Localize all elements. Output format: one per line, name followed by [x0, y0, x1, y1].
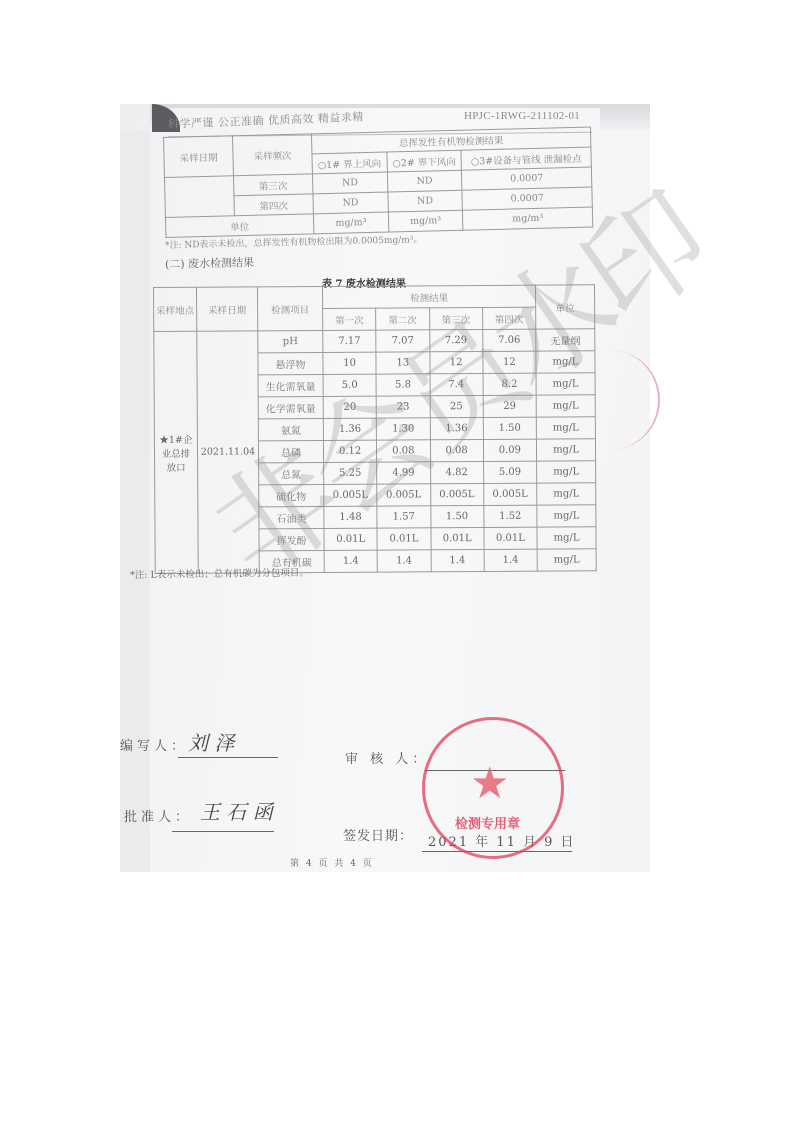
item-cell: 挥发酚 — [259, 528, 324, 550]
value-cell: ND — [312, 172, 387, 194]
value-cell: 1.48 — [324, 506, 377, 528]
col-site: 采样地点 — [154, 287, 197, 331]
value-cell: 1.4 — [377, 550, 430, 572]
unit-cell: mg/m³ — [463, 207, 593, 230]
value-cell: 12 — [483, 351, 536, 373]
col-round: 第四次 — [482, 307, 535, 329]
value-cell: 20 — [323, 396, 376, 418]
unit-cell: mg/L — [536, 373, 595, 395]
value-cell: 1.4 — [484, 549, 537, 571]
value-cell: 25 — [430, 395, 483, 417]
value-cell: 7.06 — [483, 329, 536, 351]
unit-cell: mg/L — [536, 351, 595, 373]
value-cell: ND — [388, 190, 463, 212]
item-cell: 总氮 — [259, 462, 324, 484]
col-round: 第二次 — [376, 308, 429, 330]
value-cell: 1.4 — [431, 549, 484, 571]
wastewater-note: *注: L表示未检出；总有机碳为分包项目。 — [130, 565, 309, 581]
value-cell: 0.08 — [377, 440, 430, 462]
value-cell: 0.005L — [430, 483, 483, 505]
value-cell: 5.09 — [483, 461, 536, 483]
col-date: 采样日期 — [197, 287, 258, 331]
item-cell: pH — [258, 330, 323, 352]
freq-cell: 第三次 — [233, 174, 312, 196]
table-row: ★1#企业总排放口2021.11.04pH7.177.077.297.06无量纲 — [154, 329, 595, 354]
value-cell: 7.07 — [376, 330, 429, 352]
item-cell: 生化需氧量 — [258, 374, 323, 396]
value-cell: 1.36 — [323, 418, 376, 440]
value-cell: 1.50 — [483, 417, 536, 439]
sampling-date-cell — [164, 176, 234, 218]
unit-cell: mg/L — [537, 461, 596, 483]
col-sampling-date: 采样日期 — [164, 136, 234, 178]
value-cell: 5.8 — [376, 374, 429, 396]
unit-cell: mg/L — [536, 439, 595, 461]
value-cell: 4.99 — [377, 462, 430, 484]
value-cell: 0.08 — [430, 439, 483, 461]
col-sampling-frequency: 采样频次 — [232, 134, 312, 176]
value-cell: ND — [313, 192, 388, 214]
value-cell: 29 — [483, 395, 536, 417]
value-cell: 1.36 — [430, 417, 483, 439]
item-cell: 氨氮 — [258, 418, 323, 440]
voc-subheader: ○2# 界下风向 — [387, 150, 462, 172]
voc-subheader: ○1# 界上风向 — [312, 152, 387, 174]
unit-cell: mg/L — [537, 549, 596, 571]
value-cell: 23 — [376, 396, 429, 418]
value-cell: 0.005L — [377, 484, 430, 506]
unit-cell: mg/L — [536, 417, 595, 439]
value-cell: 13 — [376, 352, 429, 374]
col-round: 第一次 — [323, 308, 376, 330]
value-cell: 0.01L — [430, 527, 483, 549]
col-item: 检测项目 — [258, 286, 323, 330]
value-cell: 12 — [429, 351, 482, 373]
value-cell: 7.29 — [429, 329, 482, 351]
value-cell: 1.30 — [377, 418, 430, 440]
item-cell: 硫化物 — [259, 484, 324, 506]
value-cell: ND — [387, 170, 462, 192]
value-cell: 0.005L — [483, 483, 536, 505]
col-results: 检测结果 — [322, 285, 535, 308]
col-round: 第三次 — [429, 307, 482, 329]
value-cell: 8.2 — [483, 373, 536, 395]
col-unit: 单位 — [535, 285, 594, 329]
value-cell: 0.09 — [483, 439, 536, 461]
issue-date-label: 签发日期： — [343, 825, 413, 844]
partial-stamp-edge — [598, 350, 660, 450]
value-cell: 0.12 — [323, 440, 376, 462]
unit-cell: mg/L — [536, 395, 595, 417]
item-cell: 悬浮物 — [258, 352, 323, 374]
reviewer-label: 审 核 人： — [345, 748, 429, 767]
value-cell: 5.25 — [324, 462, 377, 484]
value-cell: 0.01L — [484, 527, 537, 549]
site-cell: ★1#企业总排放口 — [154, 331, 198, 573]
item-cell: 化学需氧量 — [258, 396, 323, 418]
approver-line — [172, 831, 274, 832]
writer-line — [178, 757, 278, 758]
writer-signature: 刘 泽 — [188, 727, 234, 756]
value-cell: 1.52 — [484, 505, 537, 527]
unit-cell: mg/m³ — [388, 210, 463, 232]
value-cell: 0.01L — [324, 528, 377, 550]
page-number: 第 4 页 共 4 页 — [290, 856, 374, 869]
page-left-shadow — [120, 130, 152, 872]
approver-label: 批准人： — [124, 806, 192, 825]
unit-cell: mg/m³ — [313, 212, 388, 234]
wastewater-results-table: 采样地点 采样日期 检测项目 检测结果 单位 第一次 第二次 第三次 第四次 ★… — [153, 284, 597, 574]
value-cell: 1.50 — [430, 505, 483, 527]
item-cell: 总磷 — [258, 440, 323, 462]
item-cell: 石油类 — [259, 506, 324, 528]
unit-cell: 无量纲 — [536, 329, 595, 351]
freq-cell: 第四次 — [234, 194, 313, 216]
voc-results-table: 采样日期 采样频次 总挥发性有机物检测结果 ○1# 界上风向 ○2# 界下风向 … — [163, 127, 593, 238]
seal-star-icon: ★ — [470, 762, 509, 806]
unit-cell: mg/L — [537, 505, 596, 527]
report-code: HPJC-1RWG-211102-01 — [464, 110, 580, 122]
date-cell: 2021.11.04 — [197, 331, 259, 573]
value-cell: 10 — [323, 352, 376, 374]
unit-label: 单位 — [165, 214, 313, 238]
value-cell: 0.005L — [324, 484, 377, 506]
value-cell: 7.4 — [430, 373, 483, 395]
seal-text-bottom: 检测专用章 — [455, 813, 520, 832]
unit-cell: mg/L — [537, 483, 596, 505]
value-cell: 0.01L — [377, 528, 430, 550]
unit-cell: mg/L — [537, 527, 596, 549]
value-cell: 1.4 — [324, 550, 377, 572]
writer-label: 编写人： — [120, 735, 188, 754]
value-cell: 5.0 — [323, 374, 376, 396]
value-cell: 1.57 — [377, 506, 430, 528]
approver-signature: 王 石 函 — [200, 796, 273, 825]
section-title-wastewater: (二) 废水检测结果 — [165, 254, 254, 272]
value-cell: 4.82 — [430, 461, 483, 483]
value-cell: 7.17 — [323, 330, 376, 352]
